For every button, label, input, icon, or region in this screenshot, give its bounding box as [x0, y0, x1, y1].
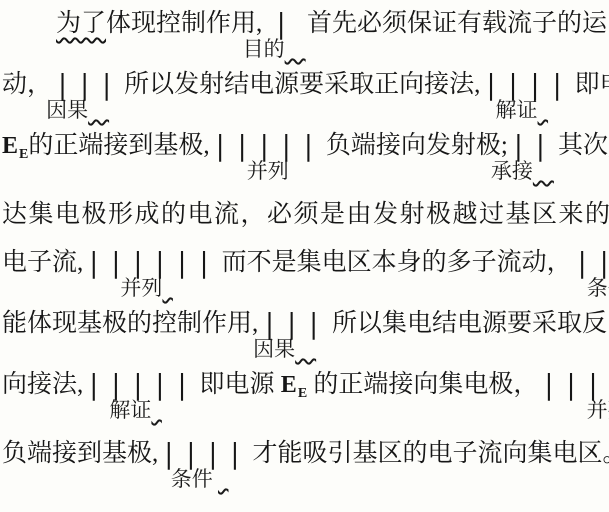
relation-label: 因果: [46, 98, 130, 122]
relation-label: 条件: [171, 467, 240, 491]
document-page: 为了体现控制作用, | 目的 首先必须保证有载流子的运 动， ||| 因果 所以…: [0, 0, 607, 471]
pause-bars-group: |||||| 并列: [538, 369, 609, 402]
relation-label: 因果: [253, 337, 337, 361]
text-segment: 能体现基极的控制作用,: [2, 308, 258, 340]
wavy-mark: [285, 37, 327, 61]
text-segment: 才能吸引基区的电子流向集电区。: [252, 438, 609, 470]
relation-label-text: 目的: [243, 37, 285, 61]
text-line-3: EE的正端接到基极, ||||| 并列 负端接向发射极; || 承接 其次,到: [2, 130, 607, 171]
text-line-5: 电子流, |||||| 并列 而不是集电区本身的多子流动， |||| 条件 才: [2, 247, 607, 280]
formula-subscript: E: [19, 147, 28, 162]
pause-bars-group: |||| 解证: [480, 69, 574, 102]
pause-bars-group: | 目的: [271, 8, 299, 41]
text-line-6: 能体现基极的控制作用, ||| 因果 所以集电结电源要采取反: [2, 308, 607, 341]
text-segment: 即电源: [575, 69, 609, 101]
relation-label-text: 因果: [46, 98, 88, 122]
relation-label: 并列: [587, 398, 609, 422]
text-line-8: 负端接到基极, |||| 条件 才能吸引基区的电子流向集电区。: [2, 438, 607, 471]
pause-bars-group: ||||| 解证: [83, 369, 199, 402]
wavy-mark: [162, 276, 184, 300]
relation-label-text: 并列: [247, 159, 289, 183]
text-segment: 为了体现控制作用,: [56, 8, 262, 40]
text-segment: 即电源: [200, 371, 281, 398]
text-line-2: 动， ||| 因果 所以发射结电源要采取正向接法, |||| 解证 即电源: [2, 69, 607, 102]
pause-bars-group: |||| 条件: [158, 438, 252, 471]
relation-label: 承接: [491, 159, 575, 183]
text-segment: 的正端接到基极,: [28, 132, 209, 159]
text-segment: 负端接到基极,: [2, 438, 158, 470]
relation-label: 条件: [587, 276, 609, 300]
wavy-mark: [538, 98, 560, 122]
text-segment: EE的正端接到基极,: [2, 130, 210, 171]
wavy-underlined-text: 为了: [56, 10, 106, 37]
wavy-mark: [151, 398, 173, 422]
pause-bars-group: |||| 条件: [572, 247, 609, 280]
relation-label: 并列: [247, 159, 289, 183]
voltage-source-symbol: E: [281, 372, 297, 398]
relation-label-text: 承接: [491, 159, 533, 183]
pause-bars-group: |||||| 并列: [83, 247, 221, 280]
relation-label: 解证: [109, 398, 173, 422]
relation-label: 解证: [496, 98, 560, 122]
pause-bars-group: ||| 因果: [52, 69, 124, 102]
text-segment: 所以集电结电源要采取反: [332, 308, 607, 340]
pause-bars-group: ||||| 并列: [210, 130, 326, 163]
text-segment: 体现控制作用,: [106, 10, 262, 37]
text-segment: 即电源 EE 的正端接向集电极，: [200, 369, 539, 410]
relation-label: 并列: [120, 276, 184, 300]
relation-label: 目的: [243, 37, 327, 61]
text-segment: 电子流,: [2, 247, 83, 279]
text-segment: 达集电极形成的电流，必须是由发射极越过基区来的: [2, 201, 609, 228]
relation-label-text: 条件: [587, 276, 609, 300]
pause-bars-group: ||| 因果: [259, 308, 331, 341]
text-segment: 其次,到: [558, 130, 609, 162]
text-segment: 而不是集电区本身的多子流动，: [222, 247, 572, 279]
voltage-source-symbol: E: [2, 133, 18, 159]
relation-label-text: 因果: [253, 337, 295, 361]
formula-subscript: E: [298, 386, 307, 401]
text-segment: 动，: [2, 69, 52, 101]
relation-label-text: 并列: [120, 276, 162, 300]
wavy-mark: [533, 159, 575, 183]
wavy-mark: [295, 337, 337, 361]
relation-label-text: 条件: [171, 467, 213, 491]
text-segment: 负端接向发射极;: [326, 130, 508, 162]
pause-bars-group: || 承接: [508, 130, 558, 163]
wavy-mark: [88, 98, 130, 122]
text-segment: 首先必须保证有载流子的运: [307, 8, 607, 40]
relation-label-text: 解证: [496, 98, 538, 122]
relation-label-text: 解证: [109, 398, 151, 422]
relation-label-text: 并列: [587, 398, 609, 422]
text-segment: 向接法,: [2, 369, 83, 401]
text-line-4: 达集电极形成的电流，必须是由发射极越过基区来的: [2, 199, 607, 231]
text-line-7: 向接法, ||||| 解证 即电源 EE 的正端接向集电极， |||||| 并列: [2, 369, 607, 410]
text-segment: 的正端接向集电极，: [307, 371, 538, 398]
text-line-1: 为了体现控制作用, | 目的 首先必须保证有载流子的运: [2, 8, 607, 41]
text-segment: 所以发射结电源要采取正向接法,: [124, 69, 480, 101]
wavy-mark: [218, 467, 240, 491]
